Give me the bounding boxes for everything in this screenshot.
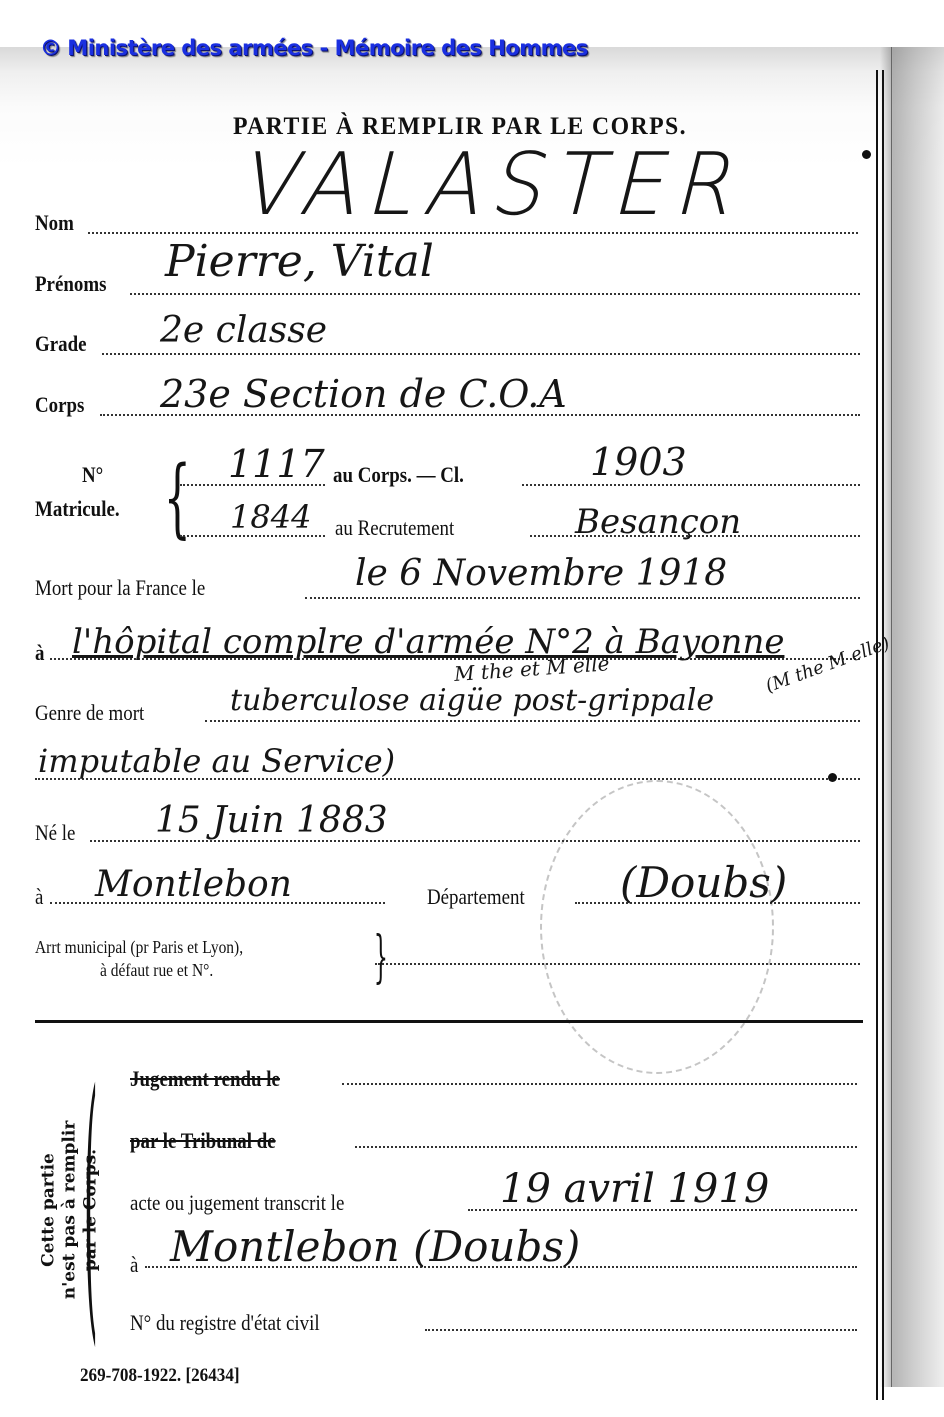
grade-line: [102, 353, 860, 355]
lieu-mort-value: l'hôpital complre d'armée N°2 à Bayonne: [72, 622, 784, 662]
form-reference: 269-708-1922. [26434]: [80, 1365, 240, 1387]
matricule-label-no: N°: [82, 462, 103, 488]
genre-mort-value-2: imputable au Service): [38, 742, 395, 780]
matricule-recrutement-number: 1844: [230, 498, 311, 536]
grade-value: 2e classe: [160, 310, 327, 351]
official-stamp: [540, 780, 774, 1074]
mort-line: [305, 597, 860, 599]
recrutement-label: au Recrutement: [335, 515, 454, 541]
matricule-brace: {: [164, 455, 191, 541]
lieu-transcription-label: à: [130, 1252, 138, 1278]
border-rule: [876, 70, 878, 1400]
recrutement-value: Besançon: [575, 502, 741, 542]
genre-mort-line: [205, 720, 860, 722]
corps-label: Corps: [35, 392, 84, 418]
side-note-line: Cette partie: [39, 1121, 60, 1300]
classe-line: [522, 484, 860, 486]
prenoms-value: Pierre, Vital: [165, 236, 434, 287]
registre-line: [425, 1329, 857, 1331]
prenoms-line: [130, 293, 860, 295]
jugement-label: Jugement rendu le: [130, 1066, 280, 1092]
departement-value: (Doubs): [620, 858, 787, 907]
ink-dot: [828, 773, 837, 782]
mort-value: le 6 Novembre 1918: [355, 553, 727, 594]
ink-dot: [862, 150, 871, 159]
border-rule: [882, 70, 884, 1400]
transcrit-value: 19 avril 1919: [500, 1166, 769, 1212]
naissance-label: Né le: [35, 820, 75, 846]
arrondissement-line: [375, 963, 860, 965]
arrondissement-label-1: Arrt municipal (pr Paris et Lyon),: [35, 937, 243, 958]
naissance-value: 15 Juin 1883: [155, 800, 388, 841]
registre-label: N° du registre d'état civil: [130, 1310, 320, 1336]
departement-label: Département: [427, 884, 525, 910]
transcrit-label: acte ou jugement transcrit le: [130, 1190, 344, 1216]
side-note-line: n'est pas à remplir: [60, 1121, 81, 1300]
paper-edge: [891, 47, 892, 1387]
civil-section-brace: (: [84, 1058, 98, 1348]
arrondissement-brace: }: [374, 930, 388, 986]
matricule-corps-number: 1117: [228, 442, 325, 486]
lieu-transcription-value: Montlebon (Doubs): [170, 1222, 580, 1271]
tribunal-label: par le Tribunal de: [130, 1128, 276, 1154]
corps-value: 23e Section de C.O.A: [160, 372, 567, 416]
mort-label: Mort pour la France le: [35, 575, 205, 601]
civil-section-side-note: Cette partie n'est pas à remplir par le …: [30, 1090, 110, 1330]
jugement-line: [342, 1083, 857, 1085]
arrondissement-label-2: à défaut rue et N°.: [100, 960, 213, 981]
tribunal-line: [355, 1146, 857, 1148]
section-divider: [35, 1020, 863, 1023]
matricule-label: Matricule.: [35, 496, 120, 522]
grade-label: Grade: [35, 331, 87, 357]
lieu-mort-label: à: [35, 640, 44, 666]
matricule-corps-label: au Corps. — Cl.: [333, 462, 464, 488]
prenoms-label: Prénoms: [35, 271, 106, 297]
classe-value: 1903: [590, 440, 687, 484]
genre-mort-value: tuberculose aigüe post-grippale: [230, 683, 714, 718]
lieu-naissance-label: à: [35, 884, 43, 910]
copyright-watermark: © Ministère des armées - Mémoire des Hom…: [40, 36, 588, 60]
genre-mort-label: Genre de mort: [35, 700, 144, 726]
lieu-naissance-value: Montlebon: [95, 864, 292, 905]
nom-label: Nom: [35, 210, 74, 236]
nom-value: VALASTER: [232, 135, 758, 235]
